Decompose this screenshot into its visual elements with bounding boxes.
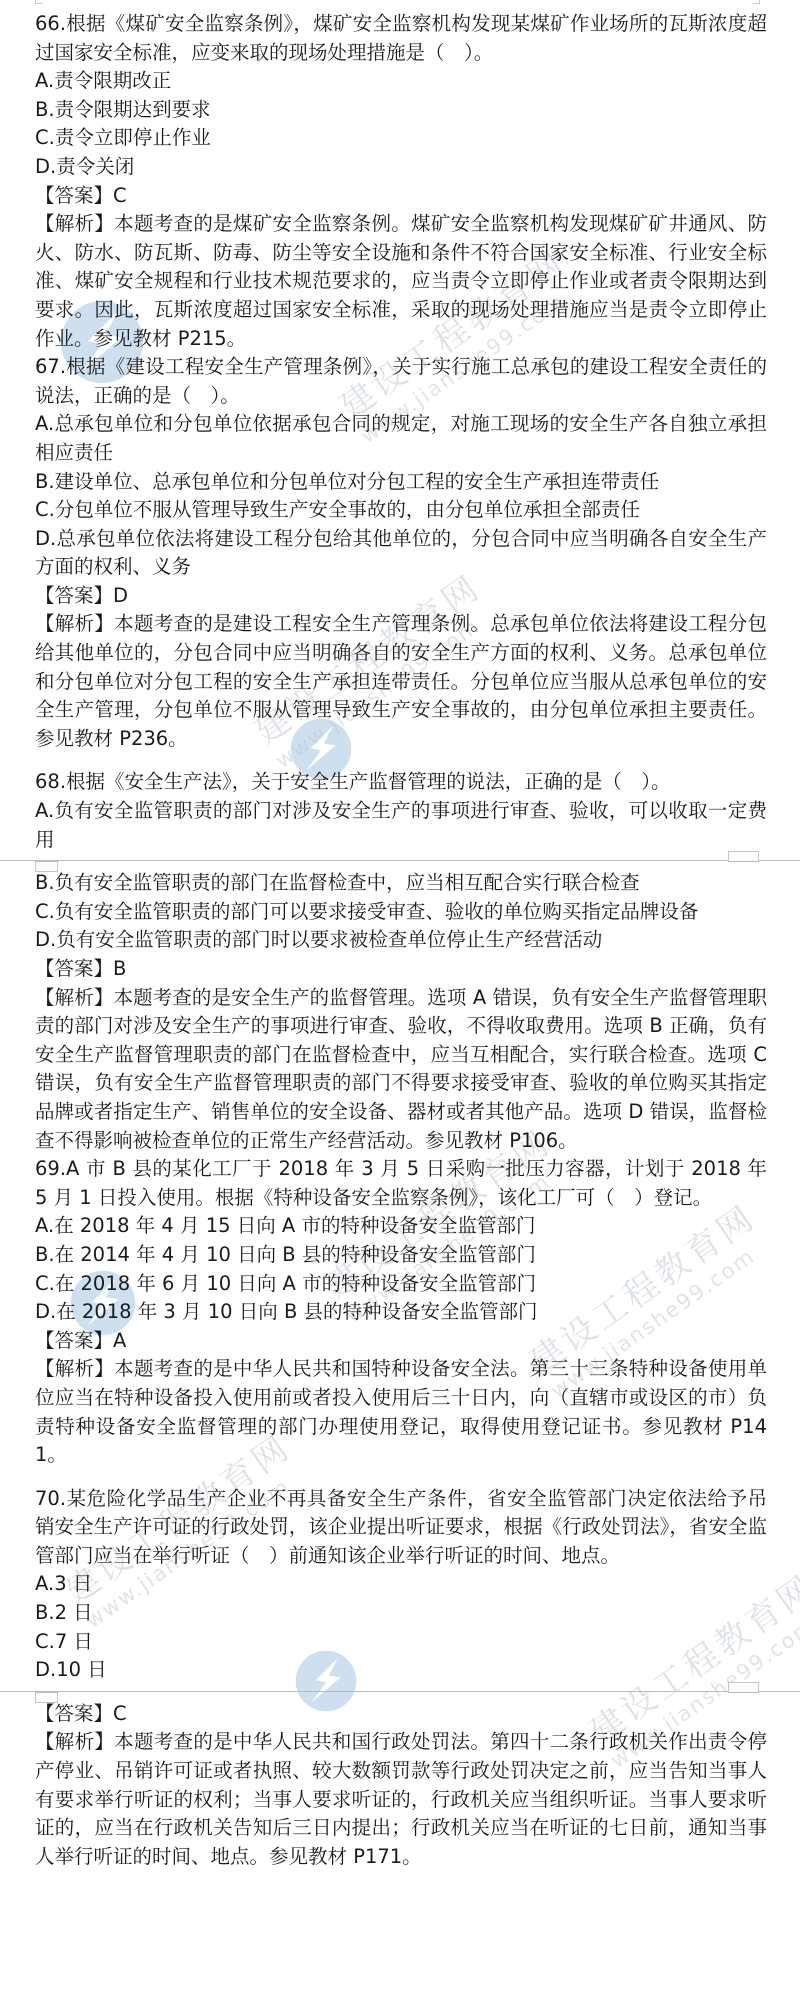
page-boundary-left-mark xyxy=(35,1692,58,1703)
page-boundary xyxy=(0,856,800,867)
page-boundary-right-mark xyxy=(728,851,759,862)
option-a: A.责令限期改正 xyxy=(35,67,767,96)
question-stem: 67.根据《建设工程安全生产管理条例》，关于实行施工总承包的建设工程安全责任的说… xyxy=(35,353,767,410)
question-69: 69.A 市 B 县的某化工厂于 2018 年 3 月 5 日采购一批压力容器，… xyxy=(35,1155,767,1470)
option-c: C.责令立即停止作业 xyxy=(35,124,767,153)
exam-document: 66.根据《煤矿安全监察条例》，煤矿安全监察机构发现某煤矿作业场所的瓦斯浓度超过… xyxy=(0,0,800,1871)
option-d: D.在 2018 年 3 月 10 日向 B 县的特种设备安全监管部门 xyxy=(35,1298,767,1327)
option-c: C.负有安全监管职责的部门可以要求接受审查、验收的单位购买指定品牌设备 xyxy=(35,898,767,927)
answer-line: 【答案】B xyxy=(35,955,767,984)
analysis-text: 【解析】本题考查的是安全生产的监督管理。选项 A 错误，负有安全生产监督管理职责… xyxy=(35,984,767,1156)
analysis-text: 【解析】本题考查的是中华人民共和国行政处罚法。第四十二条行政机关作出责令停产停业… xyxy=(35,1728,767,1871)
option-b: B.在 2014 年 4 月 10 日向 B 县的特种设备安全监管部门 xyxy=(35,1241,767,1270)
option-a: A.3 日 xyxy=(35,1570,767,1599)
option-b: B.2 日 xyxy=(35,1599,767,1628)
option-d: D.10 日 xyxy=(35,1656,767,1685)
question-68: 68.根据《安全生产法》，关于安全生产监督管理的说法，正确的是（ ）。 A.负有… xyxy=(35,768,767,1155)
answer-line: 【答案】C xyxy=(35,1700,767,1729)
page-boundary-right-mark xyxy=(728,1682,759,1693)
question-stem: 68.根据《安全生产法》，关于安全生产监督管理的说法，正确的是（ ）。 xyxy=(35,768,767,797)
page-boundary-line xyxy=(0,1691,800,1692)
question-66: 66.根据《煤矿安全监察条例》，煤矿安全监察机构发现某煤矿作业场所的瓦斯浓度超过… xyxy=(35,10,767,353)
answer-line: 【答案】C xyxy=(35,182,767,211)
analysis-text: 【解析】本题考查的是中华人民共和国特种设备安全法。第三十三条特种设备使用单位应当… xyxy=(35,1355,767,1469)
question-70: 70.某危险化学品生产企业不再具备安全生产条件，省安全监管部门决定依法给予吊销安… xyxy=(35,1485,767,1872)
option-a: A.总承包单位和分包单位依据承包合同的规定，对施工现场的安全生产各自独立承担相应… xyxy=(35,410,767,467)
option-d: D.总承包单位依法将建设工程分包给其他单位的，分包合同中应当明确各自安全生产方面… xyxy=(35,525,767,582)
page-boundary-left-mark xyxy=(35,861,58,872)
option-b: B.负有安全监管职责的部门在监督检查中，应当相互配合实行联合检查 xyxy=(35,869,767,898)
page-boundary xyxy=(0,1687,800,1698)
option-d: D.责令关闭 xyxy=(35,153,767,182)
answer-line: 【答案】D xyxy=(35,582,767,611)
option-b: B.建设单位、总承包单位和分包单位对分包工程的安全生产承担连带责任 xyxy=(35,468,767,497)
question-stem: 66.根据《煤矿安全监察条例》，煤矿安全监察机构发现某煤矿作业场所的瓦斯浓度超过… xyxy=(35,10,767,67)
option-b: B.责令限期达到要求 xyxy=(35,96,767,125)
option-c: C.在 2018 年 6 月 10 日向 A 市的特种设备安全监管部门 xyxy=(35,1270,767,1299)
question-67: 67.根据《建设工程安全生产管理条例》，关于实行施工总承包的建设工程安全责任的说… xyxy=(35,353,767,753)
option-d: D.负有安全监管职责的部门时以要求被检查单位停止生产经营活动 xyxy=(35,926,767,955)
option-a: A.在 2018 年 4 月 15 日向 A 市的特种设备安全监管部门 xyxy=(35,1212,767,1241)
page-boundary-line xyxy=(0,860,800,861)
answer-line: 【答案】A xyxy=(35,1327,767,1356)
option-c: C.7 日 xyxy=(35,1628,767,1657)
question-stem: 70.某危险化学品生产企业不再具备安全生产条件，省安全监管部门决定依法给予吊销安… xyxy=(35,1485,767,1571)
analysis-text: 【解析】本题考查的是煤矿安全监察条例。煤矿安全监察机构发现煤矿矿井通风、防火、防… xyxy=(35,210,767,353)
option-c: C.分包单位不服从管理导致生产安全事故的，由分包单位承担全部责任 xyxy=(35,496,767,525)
analysis-text: 【解析】本题考查的是建设工程安全生产管理条例。总承包单位依法将建设工程分包给其他… xyxy=(35,610,767,753)
question-stem: 69.A 市 B 县的某化工厂于 2018 年 3 月 5 日采购一批压力容器，… xyxy=(35,1155,767,1212)
option-a: A.负有安全监管职责的部门对涉及安全生产的事项进行审查、验收，可以收取一定费用 xyxy=(35,797,767,854)
